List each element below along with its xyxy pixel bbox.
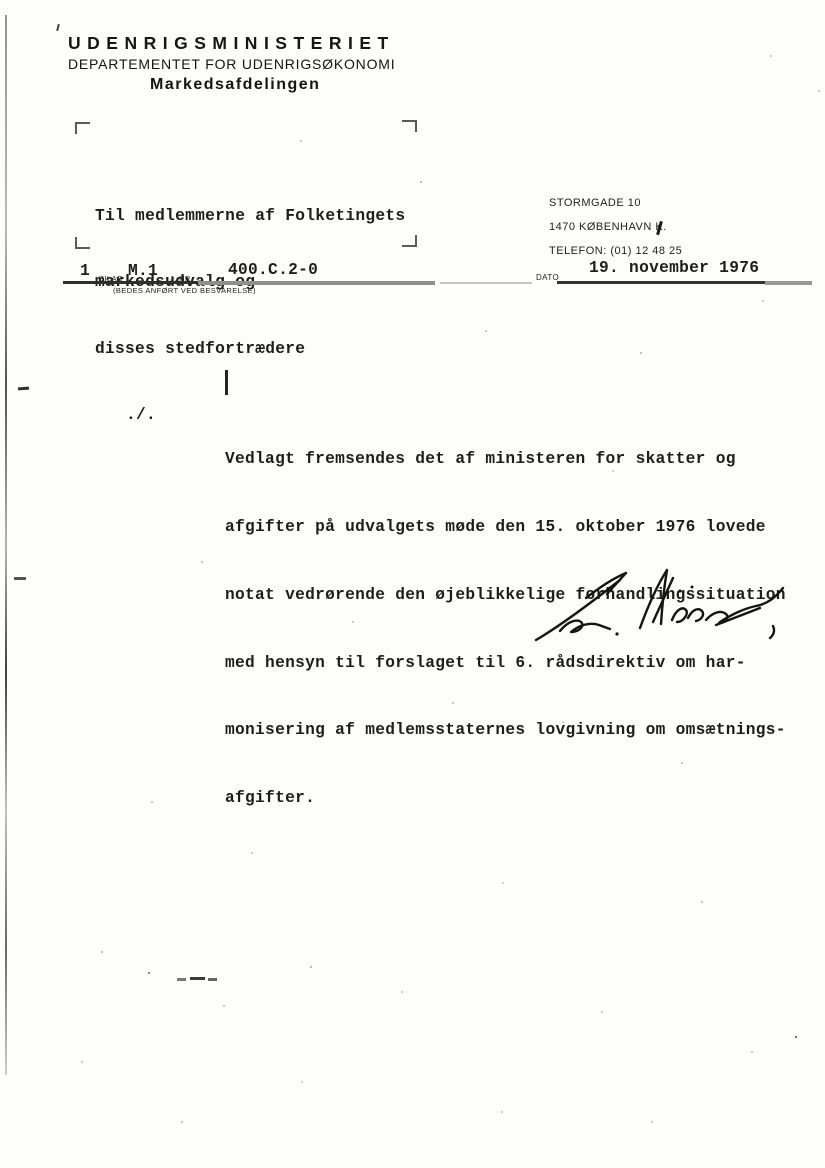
- body-line: Vedlagt fremsendes det af ministeren for…: [225, 448, 786, 471]
- scan-stray-mark: [225, 370, 228, 395]
- division-name: Markedsafdelingen: [150, 76, 320, 94]
- pencil-mark: [18, 387, 29, 391]
- pencil-mark: [190, 977, 205, 980]
- scan-speckles: [0, 0, 2, 2]
- form-underline: [440, 282, 532, 284]
- body-line: afgifter på udvalgets møde den 15. oktob…: [225, 516, 786, 539]
- bilag-count: 1: [80, 262, 90, 280]
- body-line: med hensyn til forslaget til 6. rådsdire…: [225, 652, 786, 675]
- scanned-letter-page: UDENRIGSMINISTERIET DEPARTEMENTET FOR UD…: [0, 0, 825, 1168]
- journal-number-note: (BEDES ANFØRT VED BESVARELSE): [113, 286, 256, 295]
- recipient-line: Til medlemmerne af Folketingets: [95, 205, 405, 227]
- date-label: DATO: [536, 273, 559, 282]
- sender-phone: TELEFON: (01) 12 48 25: [549, 242, 682, 261]
- pencil-mark: [208, 978, 217, 981]
- department-name: DEPARTEMENTET FOR UDENRIGSØKONOMI: [68, 56, 395, 72]
- recipient-line: disses stedfortrædere: [95, 338, 405, 360]
- form-underline: [63, 281, 198, 284]
- form-underline: [765, 281, 812, 285]
- scan-mark: [56, 24, 60, 31]
- form-underline: [198, 281, 435, 285]
- body-line: afgifter.: [225, 787, 786, 810]
- address-window-bracket-bottom-left: [75, 237, 90, 249]
- pencil-mark: [14, 577, 26, 580]
- form-underline: [557, 281, 765, 284]
- pencil-mark: [177, 978, 186, 981]
- handwritten-signature: [520, 562, 800, 652]
- address-window-bracket-top-right: [402, 120, 417, 132]
- address-window-bracket-top-left: [75, 122, 90, 134]
- enclosure-mark: ./.: [126, 406, 156, 424]
- date-value: 19. november 1976: [589, 259, 759, 277]
- body-line: monisering af medlemsstaternes lovgivnin…: [225, 719, 786, 742]
- bilag-number: M.1: [128, 262, 158, 280]
- sender-address: STORMGADE 10 1470 KØBENHAVN K. TELEFON: …: [549, 194, 682, 265]
- ministry-name: UDENRIGSMINISTERIET: [68, 33, 395, 54]
- sender-street: STORMGADE 10: [549, 194, 682, 213]
- scan-edge-line: [5, 15, 7, 1075]
- journal-number-value: 400.C.2-0: [228, 261, 318, 279]
